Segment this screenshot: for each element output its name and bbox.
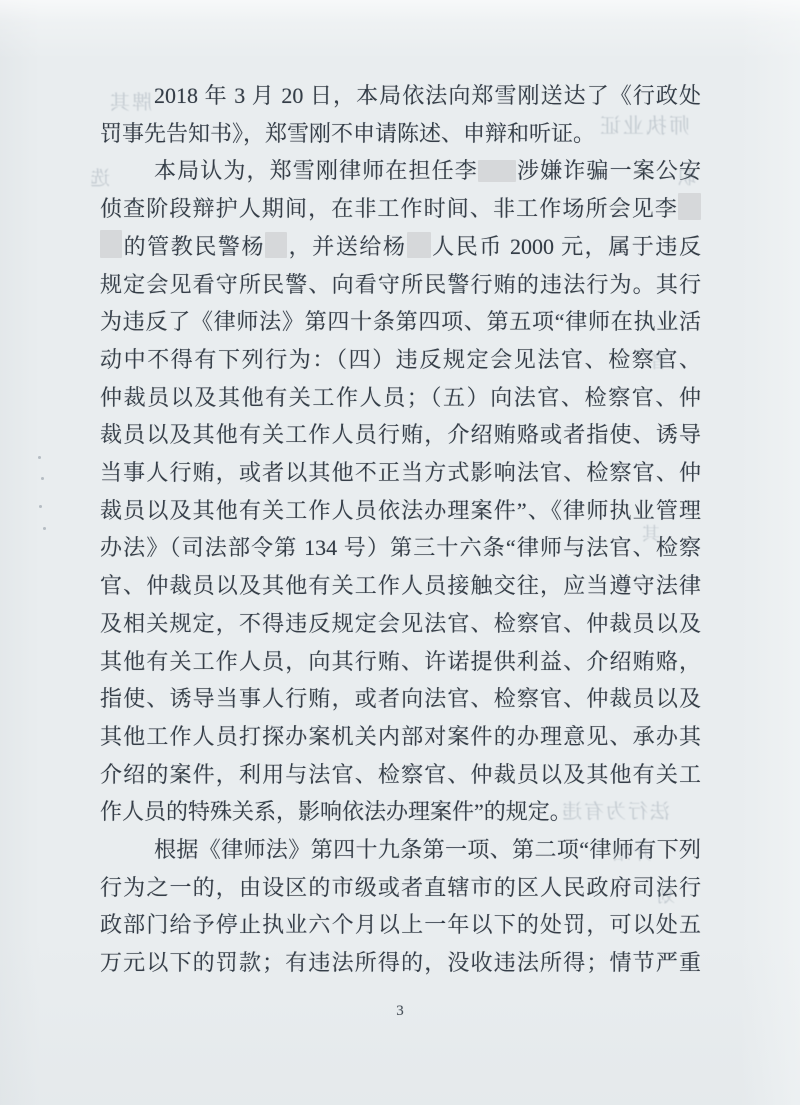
paper-speck [39, 505, 42, 508]
text-run: 介绍的案件，利用与法官、检察官、仲裁员以及其他有关工 [100, 762, 701, 787]
redaction-box [100, 230, 122, 258]
redaction-box [478, 160, 516, 182]
text-run: 2018 年 3 月 20 日，本局依法向郑雪刚送达了《行政处 [154, 83, 701, 108]
text-line: 办法》（司法部令第 134 号）第三十六条“律师与法官、检察 [100, 529, 701, 567]
text-run: 的管教民警杨 [122, 234, 265, 259]
text-run: 动中不得有下列行为：（四）违反规定会见法官、检察官、 [100, 347, 701, 372]
text-run: 其他工作人员打探办案机关内部对案件的办理意见、承办其 [100, 724, 701, 749]
paper-speck [43, 527, 46, 530]
text-run: 政部门给予停止执业六个月以上一年以下的处罚，可以处五 [100, 912, 701, 937]
text-run: 为违反了《律师法》第四十条第四项、第五项“律师在执业活 [100, 309, 701, 334]
text-run: 仲裁员以及其他有关工作人员；（五）向法官、检察官、仲 [100, 385, 701, 410]
text-line: 及相关规定，不得违反规定会见法官、检察官、仲裁员以及 [100, 605, 701, 643]
text-run: 当事人行贿，或者以其他不正当方式影响法官、检察官、仲 [100, 460, 701, 485]
text-line: 侦查阶段辩护人期间，在非工作时间、非工作场所会见李 [100, 190, 701, 228]
text-line: 根据《律师法》第四十九条第一项、第二项“律师有下列 [100, 831, 701, 869]
text-line: 介绍的案件，利用与法官、检察官、仲裁员以及其他有关工 [100, 756, 701, 794]
text-run: 人民币 2000 元，属于违反 [431, 234, 701, 259]
text-run: 及相关规定，不得违反规定会见法官、检察官、仲裁员以及 [100, 611, 701, 636]
text-run: 行为之一的，由设区的市级或者直辖市的区人民政府司法行 [100, 875, 701, 900]
paper-speck [41, 477, 44, 480]
text-run: 其他有关工作人员，向其行贿、许诺提供利益、介绍贿赂， [100, 649, 701, 674]
text-line: 其他有关工作人员，向其行贿、许诺提供利益、介绍贿赂， [100, 643, 701, 681]
text-line: 指使、诱导当事人行贿，或者向法官、检察官、仲裁员以及 [100, 680, 701, 718]
text-run: 官、仲裁员以及其他有关工作人员接触交往，应当遵守法律 [100, 573, 701, 598]
text-run: 罚事先告知书》，郑雪刚不申请陈述、申辩和听证。 [100, 121, 595, 146]
text-run: 本局认为，郑雪刚律师在担任李 [154, 158, 478, 183]
text-line: 其他工作人员打探办案机关内部对案件的办理意见、承办其 [100, 718, 701, 756]
text-line: 裁员以及其他有关工作人员依法办理案件”、《律师执业管理 [100, 492, 701, 530]
text-line: 罚事先告知书》，郑雪刚不申请陈述、申辩和听证。 [100, 115, 701, 153]
text-line: 规定会见看守所民警、向看守所民警行贿的违法行为。其行 [100, 266, 701, 304]
redaction-box [407, 232, 431, 258]
text-run: 办法》（司法部令第 134 号）第三十六条“律师与法官、检察 [100, 535, 701, 560]
text-run: 规定会见看守所民警、向看守所民警行贿的违法行为。其行 [100, 272, 701, 297]
text-line: 为违反了《律师法》第四十条第四项、第五项“律师在执业活 [100, 303, 701, 341]
text-run: 万元以下的罚款；有违法所得的，没收违法所得；情节严重 [100, 950, 701, 975]
text-line: 裁员以及其他有关工作人员行贿，介绍贿赂或者指使、诱导 [100, 416, 701, 454]
text-run: 涉嫌诈骗一案公安 [516, 158, 701, 183]
text-line: 官、仲裁员以及其他有关工作人员接触交往，应当遵守法律 [100, 567, 701, 605]
text-run: 根据《律师法》第四十九条第一项、第二项“律师有下列 [154, 837, 701, 862]
text-line: 行为之一的，由设区的市级或者直辖市的区人民政府司法行 [100, 869, 701, 907]
text-line: 的管教民警杨，并送给杨人民币 2000 元，属于违反 [100, 228, 701, 266]
text-block: 2018 年 3 月 20 日，本局依法向郑雪刚送达了《行政处罚事先告知书》，郑… [100, 77, 701, 982]
text-run: 侦查阶段辩护人期间，在非工作时间、非工作场所会见李 [100, 196, 678, 221]
document-page: 2018 年 3 月 20 日，本局依法向郑雪刚送达了《行政处罚事先告知书》，郑… [0, 0, 800, 1105]
paper-speck [38, 456, 41, 459]
text-line: 当事人行贿，或者以其他不正当方式影响法官、检察官、仲 [100, 454, 701, 492]
text-line: 政部门给予停止执业六个月以上一年以下的处罚，可以处五 [100, 906, 701, 944]
text-run: ，并送给杨 [287, 234, 407, 259]
redaction-box [265, 232, 287, 258]
text-line: 作人员的特殊关系，影响依法办理案件”的规定。 [100, 793, 701, 831]
text-run: 指使、诱导当事人行贿，或者向法官、检察官、仲裁员以及 [100, 686, 701, 711]
redaction-box [678, 193, 701, 220]
text-line: 2018 年 3 月 20 日，本局依法向郑雪刚送达了《行政处 [100, 77, 701, 115]
text-line: 万元以下的罚款；有违法所得的，没收违法所得；情节严重 [100, 944, 701, 982]
text-line: 动中不得有下列行为：（四）违反规定会见法官、检察官、 [100, 341, 701, 379]
text-run: 作人员的特殊关系，影响依法办理案件”的规定。 [100, 799, 572, 824]
text-line: 本局认为，郑雪刚律师在担任李涉嫌诈骗一案公安 [100, 152, 701, 190]
page-number: 3 [0, 1003, 800, 1020]
text-line: 仲裁员以及其他有关工作人员；（五）向法官、检察官、仲 [100, 379, 701, 417]
text-run: 裁员以及其他有关工作人员依法办理案件”、《律师执业管理 [100, 498, 701, 523]
text-run: 裁员以及其他有关工作人员行贿，介绍贿赂或者指使、诱导 [100, 422, 701, 447]
